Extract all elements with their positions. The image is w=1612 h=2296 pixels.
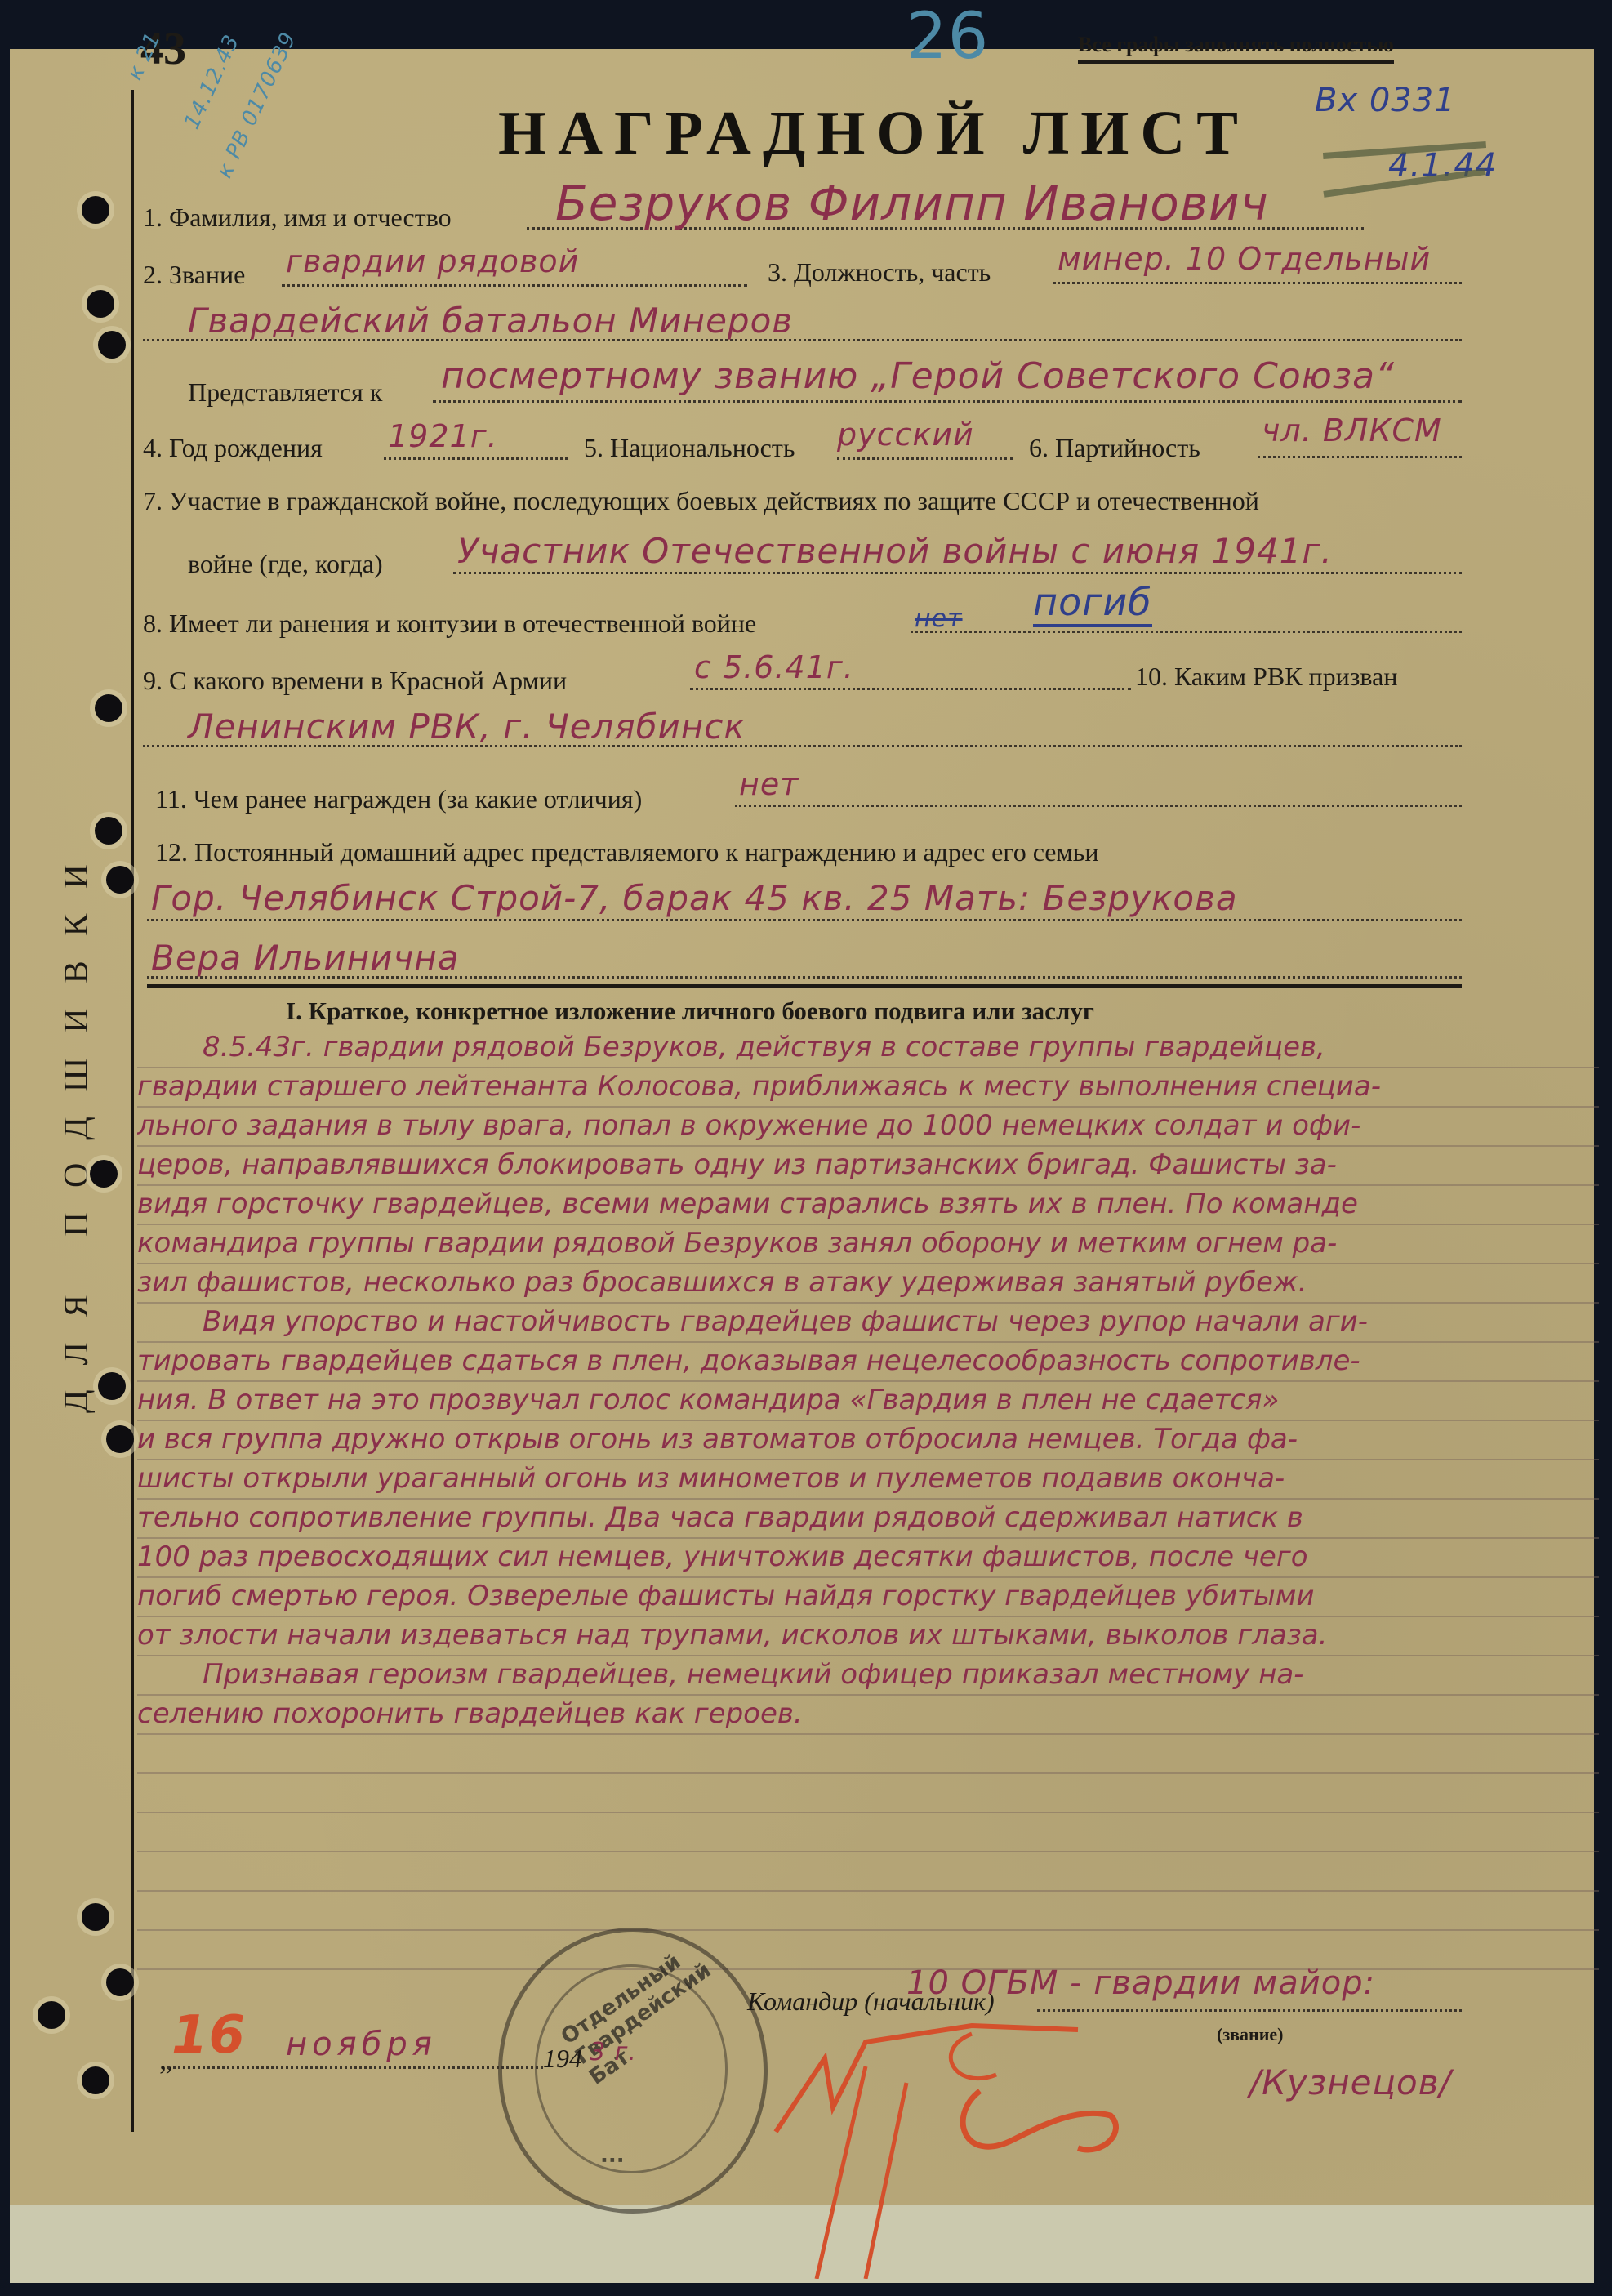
punch-hole-icon (95, 817, 122, 845)
narrative-line: гвардии старшего лейтенанта Колосова, пр… (137, 1067, 1599, 1106)
field-9-line (690, 688, 1131, 690)
ruled-line (137, 1498, 1599, 1500)
field-10-value: Ленинским РВК, г. Челябинск (188, 707, 746, 747)
field-9-value: с 5.6.41г. (694, 649, 854, 685)
ruled-line (137, 1655, 1599, 1656)
field-8-value: погиб (1033, 580, 1152, 627)
date-month: ноября (286, 2026, 437, 2063)
ruled-line (137, 1459, 1599, 1460)
punch-hole-icon (90, 1160, 118, 1188)
field-12-value-cont: Вера Ильинична (151, 938, 459, 978)
punch-hole-icon (106, 866, 134, 894)
punch-hole-icon (98, 331, 126, 359)
presented-label: Представляется к (188, 377, 382, 408)
narrative-line: Признавая героизм гвардейцев, немецкий о… (137, 1655, 1599, 1694)
date-day: 16 (171, 2005, 246, 2066)
ruled-line (137, 1224, 1599, 1225)
punch-hole-icon (106, 1425, 134, 1453)
field-12-line (147, 919, 1462, 921)
narrative-line: и вся группа дружно открыв огонь из авто… (137, 1420, 1599, 1459)
field-12-value: Гор. Челябинск Строй-7, барак 45 кв. 25 … (151, 878, 1238, 918)
punch-hole-icon (106, 1968, 134, 1996)
ruled-line (137, 1067, 1599, 1068)
field-8-line (911, 631, 1462, 633)
field-3-value-cont: Гвардейский батальон Минеров (188, 301, 793, 341)
ruled-line (137, 1145, 1599, 1147)
field-10-label: 10. Каким РВК призван (1135, 662, 1397, 692)
ruled-line (137, 1184, 1599, 1186)
ruled-line (137, 1851, 1599, 1852)
ruled-line (137, 1302, 1599, 1304)
field-5-line (837, 457, 1013, 460)
ruled-line (137, 1576, 1599, 1578)
field-1-label: 1. Фамилия, имя и отчество (143, 203, 452, 233)
punch-hole-icon (82, 1903, 109, 1931)
field-11-label: 11. Чем ранее награжден (за какие отличи… (155, 784, 642, 814)
binding-margin-line (131, 90, 134, 2132)
rank-caption: (звание) (1217, 2024, 1284, 2045)
field-6-value: чл. ВЛКСМ (1262, 412, 1442, 448)
commander-line (1037, 2009, 1462, 2012)
date-year-prefix: 194 (543, 2044, 582, 2074)
ruled-line (137, 1929, 1599, 1931)
stamp-text-bottom: ... (600, 2152, 625, 2177)
field-4-label: 4. Год рождения (143, 433, 323, 463)
ruled-line (137, 1106, 1599, 1108)
commander-unit-rank: 10 ОГБМ - гвардии майор: (906, 1964, 1375, 2002)
narrative-line: 8.5.43г. гвардии рядовой Безруков, дейст… (137, 1028, 1599, 1067)
ruled-line (137, 1812, 1599, 1813)
signatory-name: /Кузнецов/ (1249, 2062, 1452, 2102)
document-title: НАГРАДНОЙ ЛИСТ (498, 98, 1249, 169)
field-3-line (1053, 282, 1462, 284)
incoming-number: Вх 0331 (1315, 82, 1456, 119)
field-8-label: 8. Имеет ли ранения и контузии в отечест… (143, 609, 756, 639)
field-11-value: нет (739, 766, 799, 802)
field-7-line (453, 572, 1462, 574)
narrative-line: от злости начали издеваться над трупами,… (137, 1616, 1599, 1655)
field-2-line (282, 284, 747, 287)
narrative-line: Видя упорство и настойчивость гвардейцев… (137, 1302, 1599, 1341)
ruled-line (137, 1968, 1599, 1970)
field-3-label: 3. Должность, часть (768, 257, 991, 288)
field-12-label: 12. Постоянный домашний адрес представля… (155, 837, 1098, 867)
signature-icon (768, 2017, 1192, 2279)
section-1-heading: I. Краткое, конкретное изложение личного… (286, 996, 1094, 1026)
ruled-line (137, 1537, 1599, 1539)
ruled-line (137, 1733, 1599, 1735)
field-8-struck-value: нет (915, 604, 963, 633)
presented-value: посмертному званию „Герой Советского Сою… (441, 355, 1395, 397)
punch-hole-icon (82, 196, 109, 224)
ruled-line (137, 1341, 1599, 1343)
narrative-line: шисты открыли ураганный огонь из миномет… (137, 1459, 1599, 1498)
presented-line (433, 400, 1462, 403)
field-4-value: 1921г. (388, 418, 498, 454)
date-open-quote: „ (159, 2042, 172, 2076)
narrative-line: тировать гвардейцев сдаться в плен, дока… (137, 1341, 1599, 1380)
narrative-line: зил фашистов, несколько раз бросавшихся … (137, 1263, 1599, 1302)
field-9-label: 9. С какого времени в Красной Армии (143, 666, 567, 696)
binding-margin-label: ДЛЯ ПОДШИВКИ (57, 840, 96, 1413)
field-6-label: 6. Партийность (1029, 433, 1200, 463)
field-5-value: русский (837, 417, 974, 453)
ruled-line (137, 1263, 1599, 1264)
ruled-line (137, 1694, 1599, 1696)
narrative-line: командира группы гвардии рядовой Безруко… (137, 1224, 1599, 1263)
field-6-line (1258, 456, 1462, 458)
narrative-line: тельно сопротивление группы. Два часа гв… (137, 1498, 1599, 1537)
field-5-label: 5. Национальность (584, 433, 795, 463)
narrative-line: погиб смертью героя. Озверелые фашисты н… (137, 1576, 1599, 1616)
narrative-line: 100 раз превосходящих сил немцев, уничто… (137, 1537, 1599, 1576)
punch-hole-icon (82, 2066, 109, 2094)
date-line (167, 2066, 543, 2069)
punch-hole-icon (98, 1372, 126, 1400)
narrative-line: льного задания в тылу врага, попал в окр… (137, 1106, 1599, 1145)
field-2-value: гвардии рядовой (286, 243, 579, 279)
field-2-label: 2. Звание (143, 260, 245, 290)
ruled-line (137, 1772, 1599, 1774)
narrative-line: ния. В ответ на это прозвучал голос кома… (137, 1380, 1599, 1420)
date-year-suffix: 3 г. (590, 2038, 637, 2066)
page-number-handwritten: 26 (906, 0, 989, 74)
field-7-label-cont: войне (где, когда) (188, 549, 383, 579)
field-11-line (735, 805, 1462, 807)
ruled-line (137, 1616, 1599, 1617)
narrative-line: видя горсточку гвардейцев, всеми мерами … (137, 1184, 1599, 1224)
field-7-label: 7. Участие в гражданской войне, последую… (143, 486, 1259, 516)
field-4-line (384, 457, 568, 460)
field-1-value: Безруков Филипп Иванович (555, 176, 1269, 231)
official-stamp: Отдельный Гвардейский Бат ... (498, 1928, 768, 2214)
ruled-line (137, 1420, 1599, 1421)
field-3-value: минер. 10 Отдельный (1058, 241, 1431, 277)
instruction-note: Все графы заполнять полностью (1078, 33, 1394, 64)
punch-hole-icon (38, 2001, 65, 2029)
punch-hole-icon (87, 290, 114, 318)
narrative-line: церов, направлявшихся блокировать одну и… (137, 1145, 1599, 1184)
narrative-line: селению похоронить гвардейцев как героев… (137, 1694, 1599, 1733)
ruled-line (137, 1890, 1599, 1892)
ruled-line (137, 1380, 1599, 1382)
field-7-value: Участник Отечественной войны с июня 1941… (457, 531, 1333, 571)
punch-hole-icon (95, 694, 122, 722)
section-divider (147, 984, 1462, 988)
